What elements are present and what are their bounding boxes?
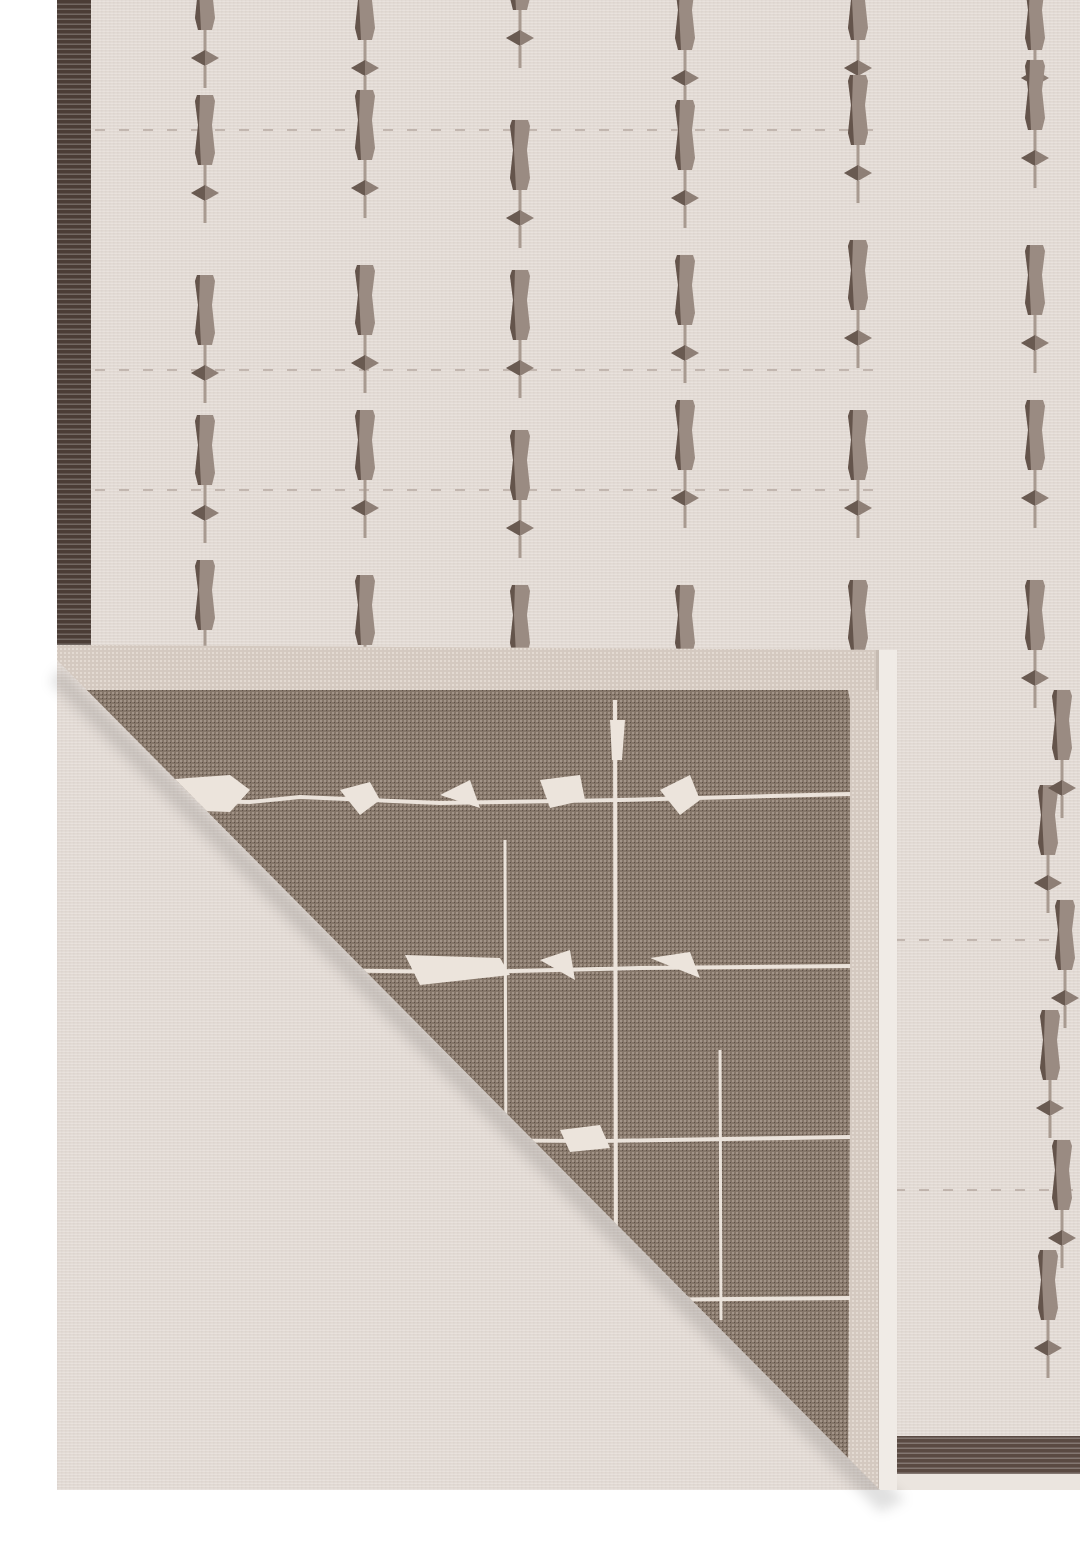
fold-top-band <box>0 645 1080 690</box>
product-photo <box>0 0 1080 1552</box>
rug-back-field <box>57 690 852 1490</box>
fold-right-band <box>850 690 878 1490</box>
fold-edge-roll <box>878 640 898 1500</box>
folded-corner <box>0 0 1080 1552</box>
